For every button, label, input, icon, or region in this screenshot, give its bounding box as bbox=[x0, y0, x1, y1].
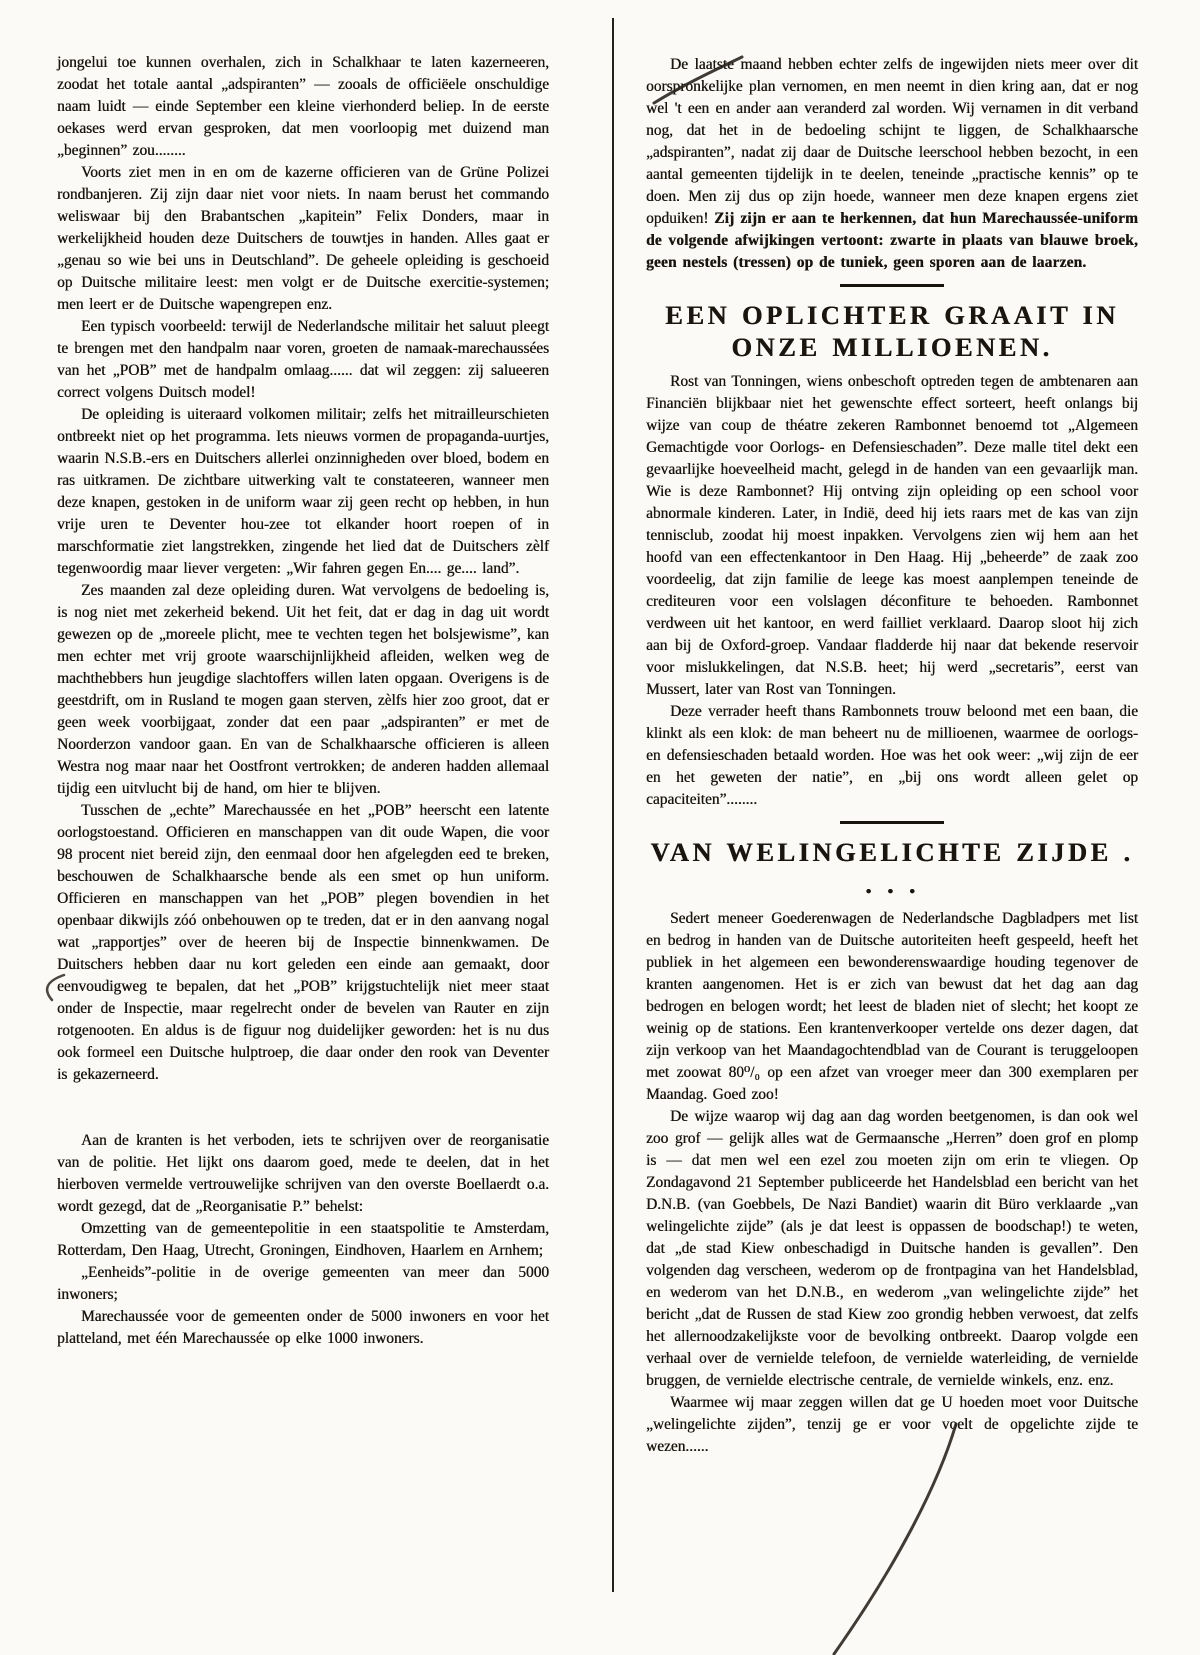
paragraph: De wijze waarop wij dag aan dag worden b… bbox=[646, 1106, 1138, 1392]
paragraph: Rost van Tonningen, wiens onbeschoft opt… bbox=[646, 371, 1138, 701]
paragraph: Omzetting van de gemeentepolitie in een … bbox=[57, 1218, 549, 1262]
paragraph: Marechaussée voor de gemeenten onder de … bbox=[57, 1306, 549, 1350]
paragraph: „Eenheids”-politie in de overige gemeent… bbox=[57, 1262, 549, 1306]
paragraph-bold-text: Zij zijn er aan te herkennen, dat hun Ma… bbox=[646, 210, 1138, 271]
section-header-welingelicht: VAN WELINGELICHTE ZIJDE . . . . bbox=[646, 821, 1138, 900]
paragraph: De laatste maand hebben echter zelfs de … bbox=[646, 54, 1138, 274]
paragraph: Tusschen de „echte” Marechaussée en het … bbox=[57, 800, 549, 1086]
diagonal-pen-stroke-mark bbox=[834, 1424, 956, 1654]
paragraph: Sedert meneer Goederenwagen de Nederland… bbox=[646, 908, 1138, 1106]
paragraph: Waarmee wij maar zeggen willen dat ge U … bbox=[646, 1392, 1138, 1458]
separator-rule bbox=[840, 821, 944, 824]
column-divider-rule bbox=[612, 18, 614, 1592]
article-heading: EEN OPLICHTER GRAAIT IN ONZE MILLIOENEN. bbox=[646, 299, 1138, 363]
paragraph: Een typisch voorbeeld: terwijl de Nederl… bbox=[57, 316, 549, 404]
paragraph: Zes maanden zal deze opleiding duren. Wa… bbox=[57, 580, 549, 800]
separator-rule bbox=[840, 284, 944, 287]
newspaper-page: jongelui toe kunnen overhalen, zich in S… bbox=[0, 0, 1200, 1655]
right-column: De laatste maand hebben echter zelfs de … bbox=[646, 54, 1138, 1458]
paragraph: De opleiding is uiteraard volkomen milit… bbox=[57, 404, 549, 580]
article-heading: VAN WELINGELICHTE ZIJDE . . . . bbox=[646, 836, 1138, 900]
paragraph: Voorts ziet men in en om de kazerne offi… bbox=[57, 162, 549, 316]
left-column: jongelui toe kunnen overhalen, zich in S… bbox=[57, 52, 549, 1350]
paragraph: Deze verrader heeft thans Rambonnets tro… bbox=[646, 701, 1138, 811]
paragraph: Aan de kranten is het verboden, iets te … bbox=[57, 1130, 549, 1218]
section-header-oplichter: EEN OPLICHTER GRAAIT IN ONZE MILLIOENEN. bbox=[646, 284, 1138, 363]
paragraph: jongelui toe kunnen overhalen, zich in S… bbox=[57, 52, 549, 162]
paragraph-text: De laatste maand hebben echter zelfs de … bbox=[646, 56, 1138, 227]
